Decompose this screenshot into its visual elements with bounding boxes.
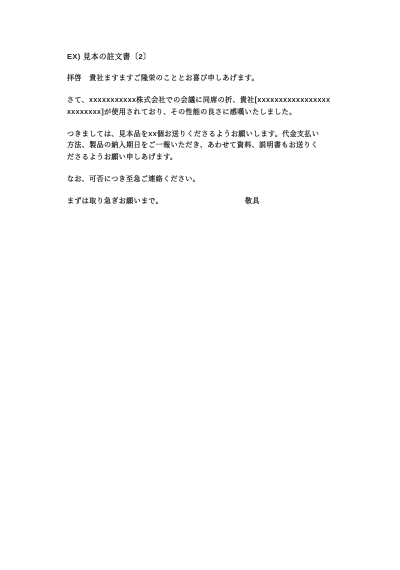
paragraph-line: ださるようお願い申しあげます。 (67, 152, 339, 164)
company-paragraph: さて、xxxxxxxxxxx株式会社での会議に同席の折、貴社[xxxxxxxxx… (67, 95, 339, 118)
paragraph-line: なお、可否につき至急ご連絡ください。 (67, 174, 339, 186)
reply-paragraph: なお、可否につき至急ご連絡ください。 (67, 174, 339, 186)
closing-text: まずは取り急ぎお願いまで。 (67, 198, 163, 205)
request-paragraph: つきましては、見本品をxx個お送りくださるようお願いします。代金支払い 方法、製… (67, 129, 339, 164)
paragraph-line: xxxxxxxx]が使用されており、その性能の良さに感嘆いたしました。 (67, 107, 339, 119)
paragraph-line: さて、xxxxxxxxxxx株式会社での会議に同席の折、貴社[xxxxxxxxx… (67, 95, 339, 107)
letter-body: EX) 見本の註文書〔2〕 拝啓 貴社ますますご隆栄のこととお喜び申しあげます。… (67, 51, 339, 207)
closing-paragraph: まずは取り急ぎお願いまで。 敬具 (67, 196, 339, 208)
document-page: EX) 見本の註文書〔2〕 拝啓 貴社ますますご隆栄のこととお喜び申しあげます。… (0, 0, 400, 570)
paragraph-line: つきましては、見本品をxx個お送りくださるようお願いします。代金支払い (67, 129, 339, 141)
closing-salutation: 敬具 (245, 196, 260, 208)
greeting-paragraph: 拝啓 貴社ますますご隆栄のこととお喜び申しあげます。 (67, 73, 339, 85)
document-title: EX) 見本の註文書〔2〕 (67, 51, 339, 63)
paragraph-line: 方法、製品の納入期日をご一報いただき、あわせて資料、説明書もお送りく (67, 140, 339, 152)
greeting-line: 拝啓 貴社ますますご隆栄のこととお喜び申しあげます。 (67, 73, 339, 85)
